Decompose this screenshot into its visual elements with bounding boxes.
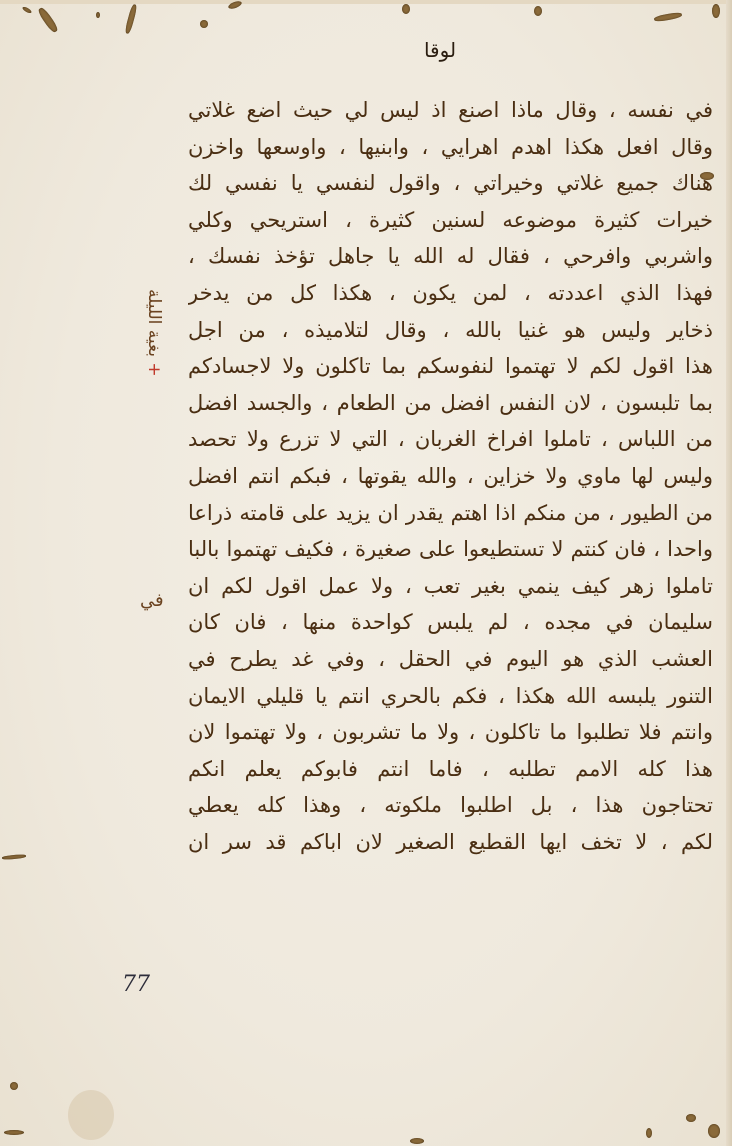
worm-hole (708, 1124, 720, 1138)
text-line: وليس لها ماوي ولا خزاين ، والله يقوتها ،… (188, 458, 713, 495)
page-top-edge (0, 0, 732, 4)
folio-number: 77 (122, 972, 150, 997)
worm-hole (200, 20, 208, 28)
text-line: خيرات كثيرة موضوعه لسنين كثيرة ، استريحي… (188, 202, 713, 239)
text-line: هذا اقول لكم لا تهتموا لنفوسكم بما تاكلو… (188, 348, 713, 385)
text-line: العشب الذي هو اليوم في الحقل ، وفي غد يط… (188, 641, 713, 678)
water-stain (68, 1090, 114, 1140)
rubric-mark-icon: + (144, 363, 164, 377)
worm-hole (534, 6, 542, 16)
worm-hole (22, 6, 33, 14)
text-line: واحدا ، فان كنتم لا تستطيعوا على صغيرة ،… (188, 531, 713, 568)
text-line: هناك جميع غلاتي وخيراتي ، واقول لنفسي يا… (188, 165, 713, 202)
text-line: واشربي وافرحي ، فقال له الله يا جاهل تؤخ… (188, 238, 713, 275)
worm-hole (654, 12, 683, 23)
worm-hole (646, 1128, 652, 1138)
margin-note-vertical: + بغية الليلة (128, 268, 164, 398)
worm-hole (402, 4, 410, 14)
text-line: من اللباس ، تاملوا افراخ الغربان ، التي … (188, 421, 713, 458)
text-line: لكم ، لا تخف ايها القطيع الصغير لان اباك… (188, 824, 713, 861)
text-line: ذخاير وليس هو غنيا بالله ، وقال لتلاميذه… (188, 312, 713, 349)
margin-note-text: بغية الليلة (144, 289, 164, 357)
text-line: تاملوا زهر كيف ينمي بغير تعب ، ولا عمل ا… (188, 568, 713, 605)
text-line: التنور يلبسه الله هكذا ، فكم بالحري انتم… (188, 678, 713, 715)
worm-hole (10, 1082, 18, 1090)
text-line: وانتم فلا تطلبوا ما تاكلون ، ولا ما تشرب… (188, 714, 713, 751)
text-line: هذا كله الامم تطلبه ، فاما انتم فابوكم ي… (188, 751, 713, 788)
worm-hole (686, 1114, 696, 1122)
worm-hole (712, 4, 720, 18)
manuscript-text-block: في نفسه ، وقال ماذا اصنع اذ ليس لي حيث ا… (188, 92, 713, 860)
worm-hole (37, 6, 60, 34)
text-line: وقال افعل هكذا اهدم اهرايي ، وابنيها ، و… (188, 129, 713, 166)
text-line: سليمان في مجده ، لم يلبس كواحدة منها ، ف… (188, 604, 713, 641)
worm-hole (4, 1130, 24, 1135)
worm-hole (96, 12, 100, 18)
worm-hole (2, 854, 26, 860)
worm-hole (124, 4, 138, 35)
margin-note-short: في (140, 590, 164, 611)
running-header-title: لوقا (420, 38, 460, 62)
text-line: بما تلبسون ، لان النفس افضل من الطعام ، … (188, 385, 713, 422)
text-line: من الطيور ، من منكم اذا اهتم يقدر ان يزي… (188, 495, 713, 532)
worm-hole (410, 1138, 424, 1144)
text-line: فهذا الذي اعددته ، لمن يكون ، هكذا كل من… (188, 275, 713, 312)
text-line: تحتاجون هذا ، بل اطلبوا ملكوته ، وهذا كل… (188, 787, 713, 824)
text-line: في نفسه ، وقال ماذا اصنع اذ ليس لي حيث ا… (188, 92, 713, 129)
manuscript-page: لوقا + بغية الليلة في في نفسه ، وقال ماذ… (0, 0, 732, 1146)
page-right-edge (726, 0, 732, 1146)
